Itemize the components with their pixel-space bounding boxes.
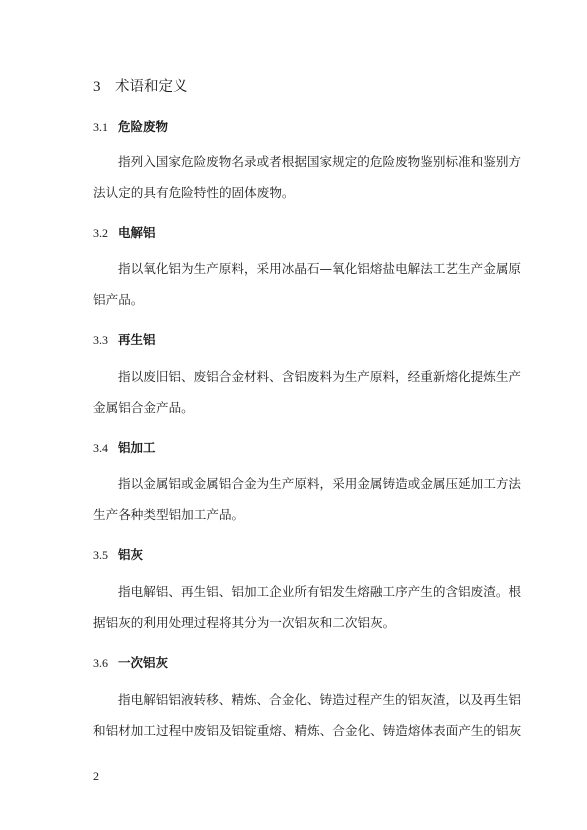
- paragraph-line: 指电解铝、再生铝、铝加工企业所有铝发生熔融工序产生的含铝废渣。根: [93, 576, 497, 607]
- paragraph-line: 据铝灰的利用处理过程将其分为一次铝灰和二次铝灰。: [93, 607, 497, 638]
- section-number: 3.3: [93, 332, 118, 348]
- section-heading-3-2: 3.2电解铝: [93, 225, 156, 241]
- page-number: 2: [93, 769, 99, 784]
- section-number: 3.4: [93, 440, 118, 456]
- section-number: 3.5: [93, 547, 118, 563]
- section-heading-3-6: 3.6一次铝灰: [93, 655, 168, 671]
- section-heading-3-1: 3.1危险废物: [93, 119, 168, 135]
- section-title: 再生铝: [118, 332, 156, 347]
- chapter-heading: 3术语和定义: [93, 78, 188, 96]
- paragraph-line: 生产各种类型铝加工产品。: [93, 499, 497, 530]
- section-number: 3.2: [93, 225, 118, 241]
- section-title: 一次铝灰: [118, 655, 168, 670]
- paragraph-line: 指以氧化铝为生产原料，采用冰晶石—氧化铝熔盐电解法工艺生产金属原: [93, 253, 497, 284]
- paragraph-line: 指列入国家危险废物名录或者根据国家规定的危险废物鉴别标准和鉴别方: [93, 146, 497, 177]
- section-title: 危险废物: [118, 119, 168, 134]
- section-number: 3.6: [93, 655, 118, 671]
- section-title: 电解铝: [118, 225, 156, 240]
- paragraph-line: 指以废旧铝、废铝合金材料、含铝废料为生产原料，经重新熔化提炼生产: [93, 361, 497, 392]
- paragraph-line: 指电解铝铝液转移、精炼、合金化、铸造过程产生的铝灰渣，以及再生铝: [93, 684, 497, 715]
- section-number: 3.1: [93, 119, 118, 135]
- section-paragraph-3-5: 指电解铝、再生铝、铝加工企业所有铝发生熔融工序产生的含铝废渣。根 据铝灰的利用处…: [93, 576, 497, 638]
- section-paragraph-3-2: 指以氧化铝为生产原料，采用冰晶石—氧化铝熔盐电解法工艺生产金属原 铝产品。: [93, 253, 497, 315]
- section-heading-3-5: 3.5铝灰: [93, 547, 143, 563]
- paragraph-line: 金属铝合金产品。: [93, 392, 497, 423]
- paragraph-line: 指以金属铝或金属铝合金为生产原料，采用金属铸造或金属压延加工方法: [93, 468, 497, 499]
- chapter-title: 术语和定义: [115, 79, 188, 95]
- paragraph-line: 和铝材加工过程中废铝及铝锭重熔、精炼、合金化、铸造熔体表面产生的铝灰: [93, 715, 497, 746]
- section-title: 铝加工: [118, 440, 156, 455]
- paragraph-line: 铝产品。: [93, 284, 497, 315]
- section-paragraph-3-1: 指列入国家危险废物名录或者根据国家规定的危险废物鉴别标准和鉴别方 法认定的具有危…: [93, 146, 497, 208]
- section-paragraph-3-3: 指以废旧铝、废铝合金材料、含铝废料为生产原料，经重新熔化提炼生产 金属铝合金产品…: [93, 361, 497, 423]
- section-paragraph-3-4: 指以金属铝或金属铝合金为生产原料，采用金属铸造或金属压延加工方法 生产各种类型铝…: [93, 468, 497, 530]
- section-heading-3-4: 3.4铝加工: [93, 440, 156, 456]
- section-paragraph-3-6: 指电解铝铝液转移、精炼、合金化、铸造过程产生的铝灰渣，以及再生铝 和铝材加工过程…: [93, 684, 497, 746]
- paragraph-line: 法认定的具有危险特性的固体废物。: [93, 177, 497, 208]
- chapter-number: 3: [93, 78, 115, 96]
- section-title: 铝灰: [118, 547, 143, 562]
- section-heading-3-3: 3.3再生铝: [93, 332, 156, 348]
